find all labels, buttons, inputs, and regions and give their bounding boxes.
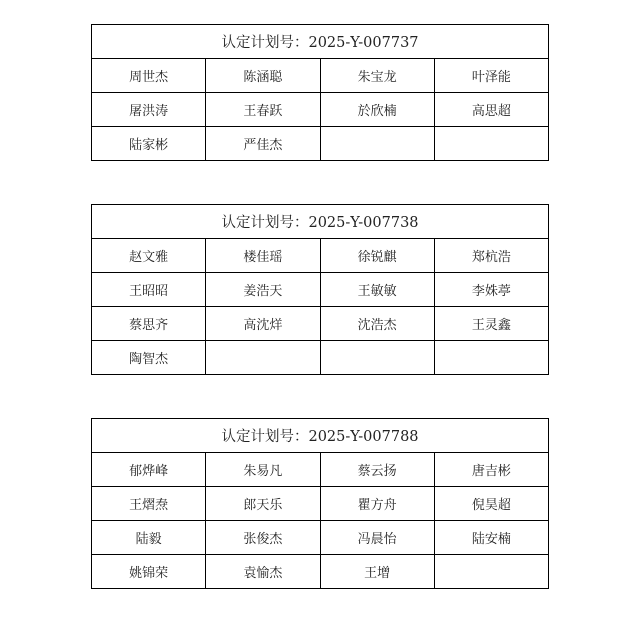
name-cell: 沈浩杰 — [320, 307, 434, 341]
name-cell: 陆毅 — [92, 521, 206, 555]
name-cell: 李姝葶 — [434, 273, 548, 307]
name-cell: 郎天乐 — [206, 487, 320, 521]
name-cell: 朱易凡 — [206, 453, 320, 487]
name-cell: 屠洪涛 — [92, 93, 206, 127]
name-cell: 郁烨峰 — [92, 453, 206, 487]
name-cell — [434, 341, 548, 375]
name-cell: 徐锐麒 — [320, 239, 434, 273]
name-cell — [206, 341, 320, 375]
name-cell: 周世杰 — [92, 59, 206, 93]
name-cell: 姚锦荣 — [92, 555, 206, 589]
name-cell: 严佳杰 — [206, 127, 320, 161]
name-cell: 郑杭浩 — [434, 239, 548, 273]
name-cell: 王增 — [320, 555, 434, 589]
name-cell: 冯晨怡 — [320, 521, 434, 555]
name-cell: 高思超 — [434, 93, 548, 127]
name-cell: 王熠焘 — [92, 487, 206, 521]
name-cell: 蔡云扬 — [320, 453, 434, 487]
name-cell: 於欣楠 — [320, 93, 434, 127]
name-cell: 高沈烊 — [206, 307, 320, 341]
name-cell: 王昭昭 — [92, 273, 206, 307]
plan-number-title: 认定计划号：2025-Y-007737 — [92, 25, 549, 59]
name-cell: 楼佳瑶 — [206, 239, 320, 273]
name-cell: 瞿方舟 — [320, 487, 434, 521]
name-cell: 陈涵聪 — [206, 59, 320, 93]
plan-table-007737: 认定计划号：2025-Y-007737 周世杰 陈涵聪 朱宝龙 叶泽能 屠洪涛 … — [91, 24, 549, 161]
name-cell — [320, 127, 434, 161]
name-cell: 叶泽能 — [434, 59, 548, 93]
name-cell: 蔡思齐 — [92, 307, 206, 341]
name-cell: 陆家彬 — [92, 127, 206, 161]
name-cell: 张俊杰 — [206, 521, 320, 555]
name-cell: 倪昊超 — [434, 487, 548, 521]
plan-table-007738: 认定计划号：2025-Y-007738 赵文雅 楼佳瑶 徐锐麒 郑杭浩 王昭昭 … — [91, 204, 549, 375]
name-cell: 王灵鑫 — [434, 307, 548, 341]
name-cell — [434, 555, 548, 589]
name-cell: 王敏敏 — [320, 273, 434, 307]
name-cell: 赵文雅 — [92, 239, 206, 273]
name-cell — [434, 127, 548, 161]
name-cell: 王春跃 — [206, 93, 320, 127]
plan-number-title: 认定计划号：2025-Y-007738 — [92, 205, 549, 239]
name-cell — [320, 341, 434, 375]
name-cell: 袁愉杰 — [206, 555, 320, 589]
name-cell: 姜浩天 — [206, 273, 320, 307]
plan-table-007788: 认定计划号：2025-Y-007788 郁烨峰 朱易凡 蔡云扬 唐吉彬 王熠焘 … — [91, 418, 549, 589]
plan-number-title: 认定计划号：2025-Y-007788 — [92, 419, 549, 453]
name-cell: 唐吉彬 — [434, 453, 548, 487]
name-cell: 陆安楠 — [434, 521, 548, 555]
name-cell: 陶智杰 — [92, 341, 206, 375]
name-cell: 朱宝龙 — [320, 59, 434, 93]
